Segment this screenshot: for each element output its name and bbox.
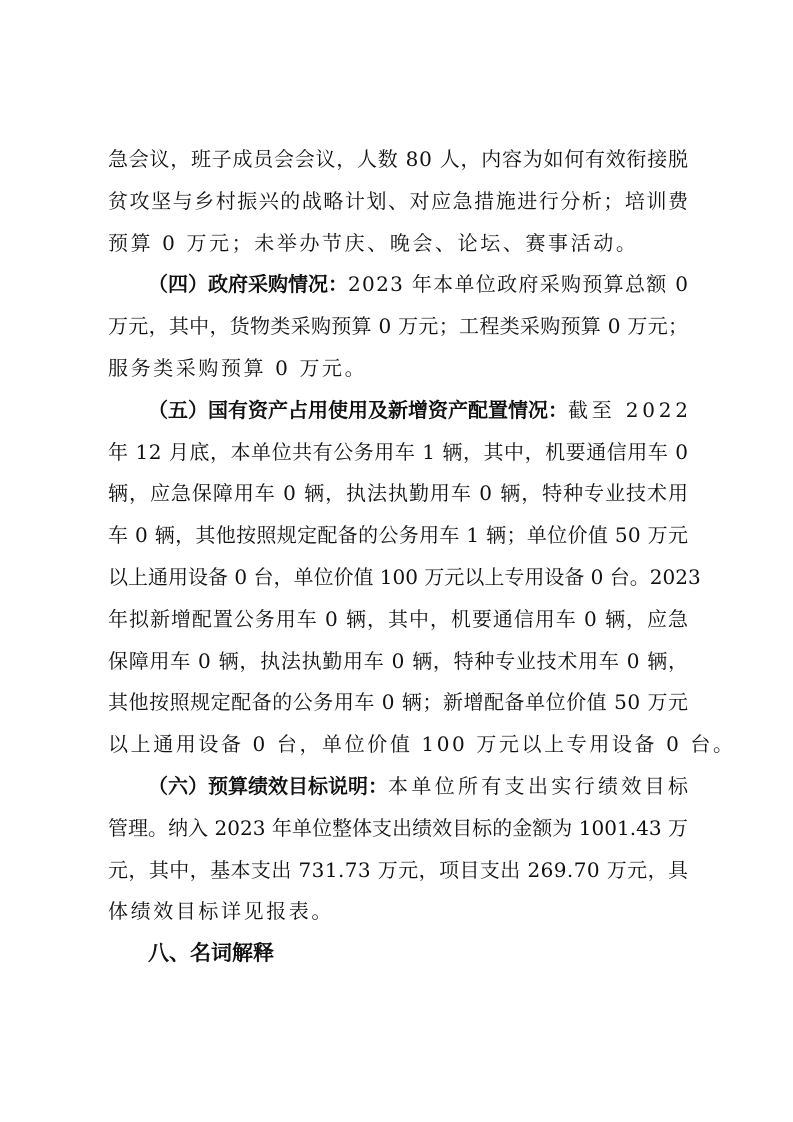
line-text: 以上通用设备 0 台，单位价值 100 万元以上专用设备 0 台。2023 bbox=[108, 557, 701, 599]
paragraph-meetings-continued: 急会议，班子成员会会议，人数 80 人，内容为如何有效衔接脱 贫攻坚与乡村振兴的… bbox=[108, 139, 688, 264]
line-text: 以上通用设备 0 台，单位价值 100 万元以上专用设备 0 台。 bbox=[108, 724, 736, 766]
line-text: 贫攻坚与乡村振兴的战略计划、对应急措施进行分析；培训费 bbox=[108, 181, 690, 223]
line-text: 车 0 辆，其他按照规定配备的公务用车 1 辆；单位价值 50 万元 bbox=[108, 515, 688, 557]
line-text: 本单位所有支出实行绩效目标 bbox=[388, 766, 691, 808]
line-text: 急会议，班子成员会会议，人数 80 人，内容为如何有效衔接脱 bbox=[108, 139, 689, 181]
paragraph-government-procurement: （四）政府采购情况： 2023 年本单位政府采购预算总额 0 万元，其中，货物类… bbox=[108, 264, 688, 389]
text-line: 体绩效目标详见报表。 bbox=[108, 891, 688, 933]
line-text: 预算 0 万元；未举办节庆、晚会、论坛、赛事活动。 bbox=[108, 223, 638, 265]
text-line: 保障用车 0 辆，执法执勤用车 0 辆，特种专业技术用车 0 辆， bbox=[108, 641, 688, 683]
text-line: 以上通用设备 0 台，单位价值 100 万元以上专用设备 0 台。2023 bbox=[108, 557, 688, 599]
paragraph-lead: （五）国有资产占用使用及新增资产配置情况： bbox=[148, 390, 568, 432]
line-text: 保障用车 0 辆，执法执勤用车 0 辆，特种专业技术用车 0 辆， bbox=[108, 641, 689, 683]
paragraph-lead: （四）政府采购情况： bbox=[148, 264, 348, 306]
line-text: 年 12 月底，本单位共有公务用车 1 辆，其中，机要通信用车 0 bbox=[108, 432, 689, 474]
text-line: （六）预算绩效目标说明： 本单位所有支出实行绩效目标 bbox=[108, 766, 688, 808]
text-line: 车 0 辆，其他按照规定配备的公务用车 1 辆；单位价值 50 万元 bbox=[108, 515, 688, 557]
text-line: 元，其中，基本支出 731.73 万元，项目支出 269.70 万元，具 bbox=[108, 850, 688, 892]
text-line: 辆，应急保障用车 0 辆，执法执勤用车 0 辆，特种专业技术用 bbox=[108, 473, 688, 515]
text-line: （五）国有资产占用使用及新增资产配置情况： 截至 2022 bbox=[108, 390, 688, 432]
text-line: 贫攻坚与乡村振兴的战略计划、对应急措施进行分析；培训费 bbox=[108, 181, 688, 223]
line-text: 万元，其中，货物类采购预算 0 万元；工程类采购预算 0 万元； bbox=[108, 306, 688, 348]
line-text: 2023 年本单位政府采购预算总额 0 bbox=[348, 264, 689, 306]
line-text: 体绩效目标详见报表。 bbox=[108, 891, 334, 933]
text-line: 以上通用设备 0 台，单位价值 100 万元以上专用设备 0 台。 bbox=[108, 724, 688, 766]
text-line: 年拟新增配置公务用车 0 辆，其中，机要通信用车 0 辆，应急 bbox=[108, 599, 688, 641]
text-line: 年 12 月底，本单位共有公务用车 1 辆，其中，机要通信用车 0 bbox=[108, 432, 688, 474]
paragraph-state-assets: （五）国有资产占用使用及新增资产配置情况： 截至 2022 年 12 月底，本单… bbox=[108, 390, 688, 766]
line-text: 元，其中，基本支出 731.73 万元，项目支出 269.70 万元，具 bbox=[108, 850, 688, 892]
text-line: 管理。纳入 2023 年单位整体支出绩效目标的金额为 1001.43 万 bbox=[108, 808, 688, 850]
line-text: 其他按照规定配备的公务用车 0 辆；新增配备单位价值 50 万元 bbox=[108, 682, 689, 724]
text-line: （四）政府采购情况： 2023 年本单位政府采购预算总额 0 bbox=[108, 264, 688, 306]
line-text: 服务类采购预算 0 万元。 bbox=[108, 348, 367, 390]
line-text: 年拟新增配置公务用车 0 辆，其中，机要通信用车 0 辆，应急 bbox=[108, 599, 689, 641]
text-line: 急会议，班子成员会会议，人数 80 人，内容为如何有效衔接脱 bbox=[108, 139, 688, 181]
text-line: 服务类采购预算 0 万元。 bbox=[108, 348, 688, 390]
text-line: 预算 0 万元；未举办节庆、晚会、论坛、赛事活动。 bbox=[108, 223, 688, 265]
line-text: 管理。纳入 2023 年单位整体支出绩效目标的金额为 1001.43 万 bbox=[108, 808, 688, 850]
paragraph-lead: （六）预算绩效目标说明： bbox=[148, 766, 388, 808]
section-heading: 八、名词解释 bbox=[108, 933, 688, 975]
line-text: 辆，应急保障用车 0 辆，执法执勤用车 0 辆，特种专业技术用 bbox=[108, 473, 689, 515]
text-line: 其他按照规定配备的公务用车 0 辆；新增配备单位价值 50 万元 bbox=[108, 682, 688, 724]
text-line: 万元，其中，货物类采购预算 0 万元；工程类采购预算 0 万元； bbox=[108, 306, 688, 348]
document-page: 急会议，班子成员会会议，人数 80 人，内容为如何有效衔接脱 贫攻坚与乡村振兴的… bbox=[108, 139, 688, 975]
line-text: 截至 2022 bbox=[568, 390, 692, 432]
paragraph-performance-targets: （六）预算绩效目标说明： 本单位所有支出实行绩效目标 管理。纳入 2023 年单… bbox=[108, 766, 688, 933]
